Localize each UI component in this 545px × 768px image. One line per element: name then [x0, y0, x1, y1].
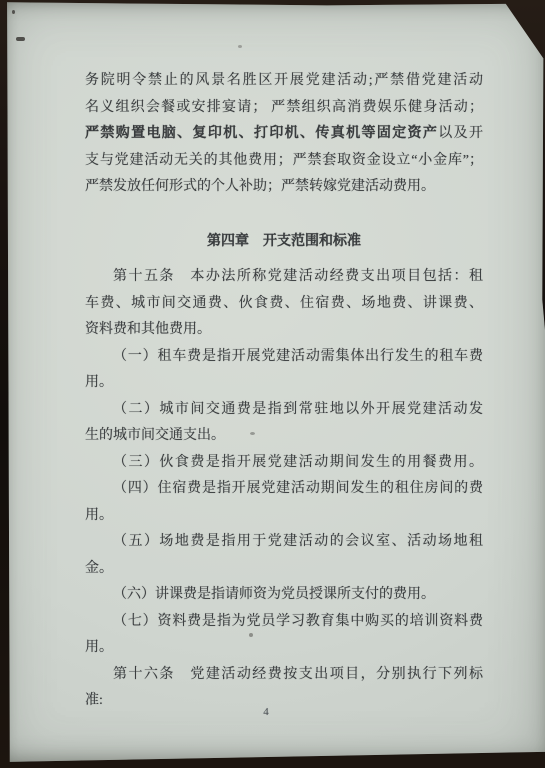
- paper-speck: [238, 45, 242, 48]
- document-line: （七）资料费是指为党员学习教育集中购买的培训资料费: [85, 609, 483, 636]
- document-line: 务院明令禁止的风景名胜区开展党建活动;严禁借党建活动: [85, 68, 483, 95]
- document-line: 第十六条 党建活动经费按支出项目，分别执行下列标: [85, 662, 483, 689]
- document-line: （五）场地费是指用于党建活动的会议室、活动场地租: [85, 529, 483, 556]
- document-line: （三）伙食费是指开展党建活动期间发生的用餐费用。: [85, 450, 483, 477]
- paper-speck: [16, 37, 25, 41]
- document-line: 用。: [85, 370, 483, 397]
- document-line: 车费、城市间交通费、伙食费、住宿费、场地费、讲课费、: [85, 291, 483, 318]
- document-line: 资料费和其他费用。: [85, 317, 483, 344]
- document-line: （一）租车费是指开展党建活动需集体出行发生的租车费: [85, 344, 483, 371]
- document-line: 第十五条 本办法所称党建活动经费支出项目包括：租: [85, 264, 483, 291]
- document-line: 严禁发放任何形式的个人补助；严禁转嫁党建活动费用。: [85, 174, 483, 201]
- paper-speck: [12, 10, 15, 14]
- page-number: 4: [67, 706, 465, 718]
- document-line: 名义组织会餐或安排宴请； 严禁组织高消费娱乐健身活动；: [85, 95, 483, 122]
- document-line: （二）城市间交通费是指到常驻地以外开展党建活动发: [85, 397, 483, 424]
- section-heading: 第四章 开支范围和标准: [85, 229, 483, 256]
- scanned-page: 务院明令禁止的风景名胜区开展党建活动;严禁借党建活动名义组织会餐或安排宴请； 严…: [0, 0, 545, 768]
- document-line: 金。: [85, 556, 483, 583]
- document-line: 生的城市间交通支出。: [85, 423, 483, 450]
- document-line: 用。: [85, 503, 483, 530]
- document-line: （六）讲课费是指请师资为党员授课所支付的费用。: [85, 582, 483, 609]
- document-line: 严禁购置电脑、复印机、打印机、传真机等固定资产以及开: [85, 121, 483, 148]
- document-line: 支与党建活动无关的其他费用；严禁套取资金设立“小金库”；: [85, 148, 483, 175]
- document-line: （四）住宿费是指开展党建活动期间发生的租住房间的费: [85, 476, 483, 503]
- document-line: 用。: [85, 635, 483, 662]
- photo-background: 务院明令禁止的风景名胜区开展党建活动;严禁借党建活动名义组织会餐或安排宴请； 严…: [0, 0, 545, 768]
- document-lines: 务院明令禁止的风景名胜区开展党建活动;严禁借党建活动名义组织会餐或安排宴请； 严…: [85, 68, 483, 715]
